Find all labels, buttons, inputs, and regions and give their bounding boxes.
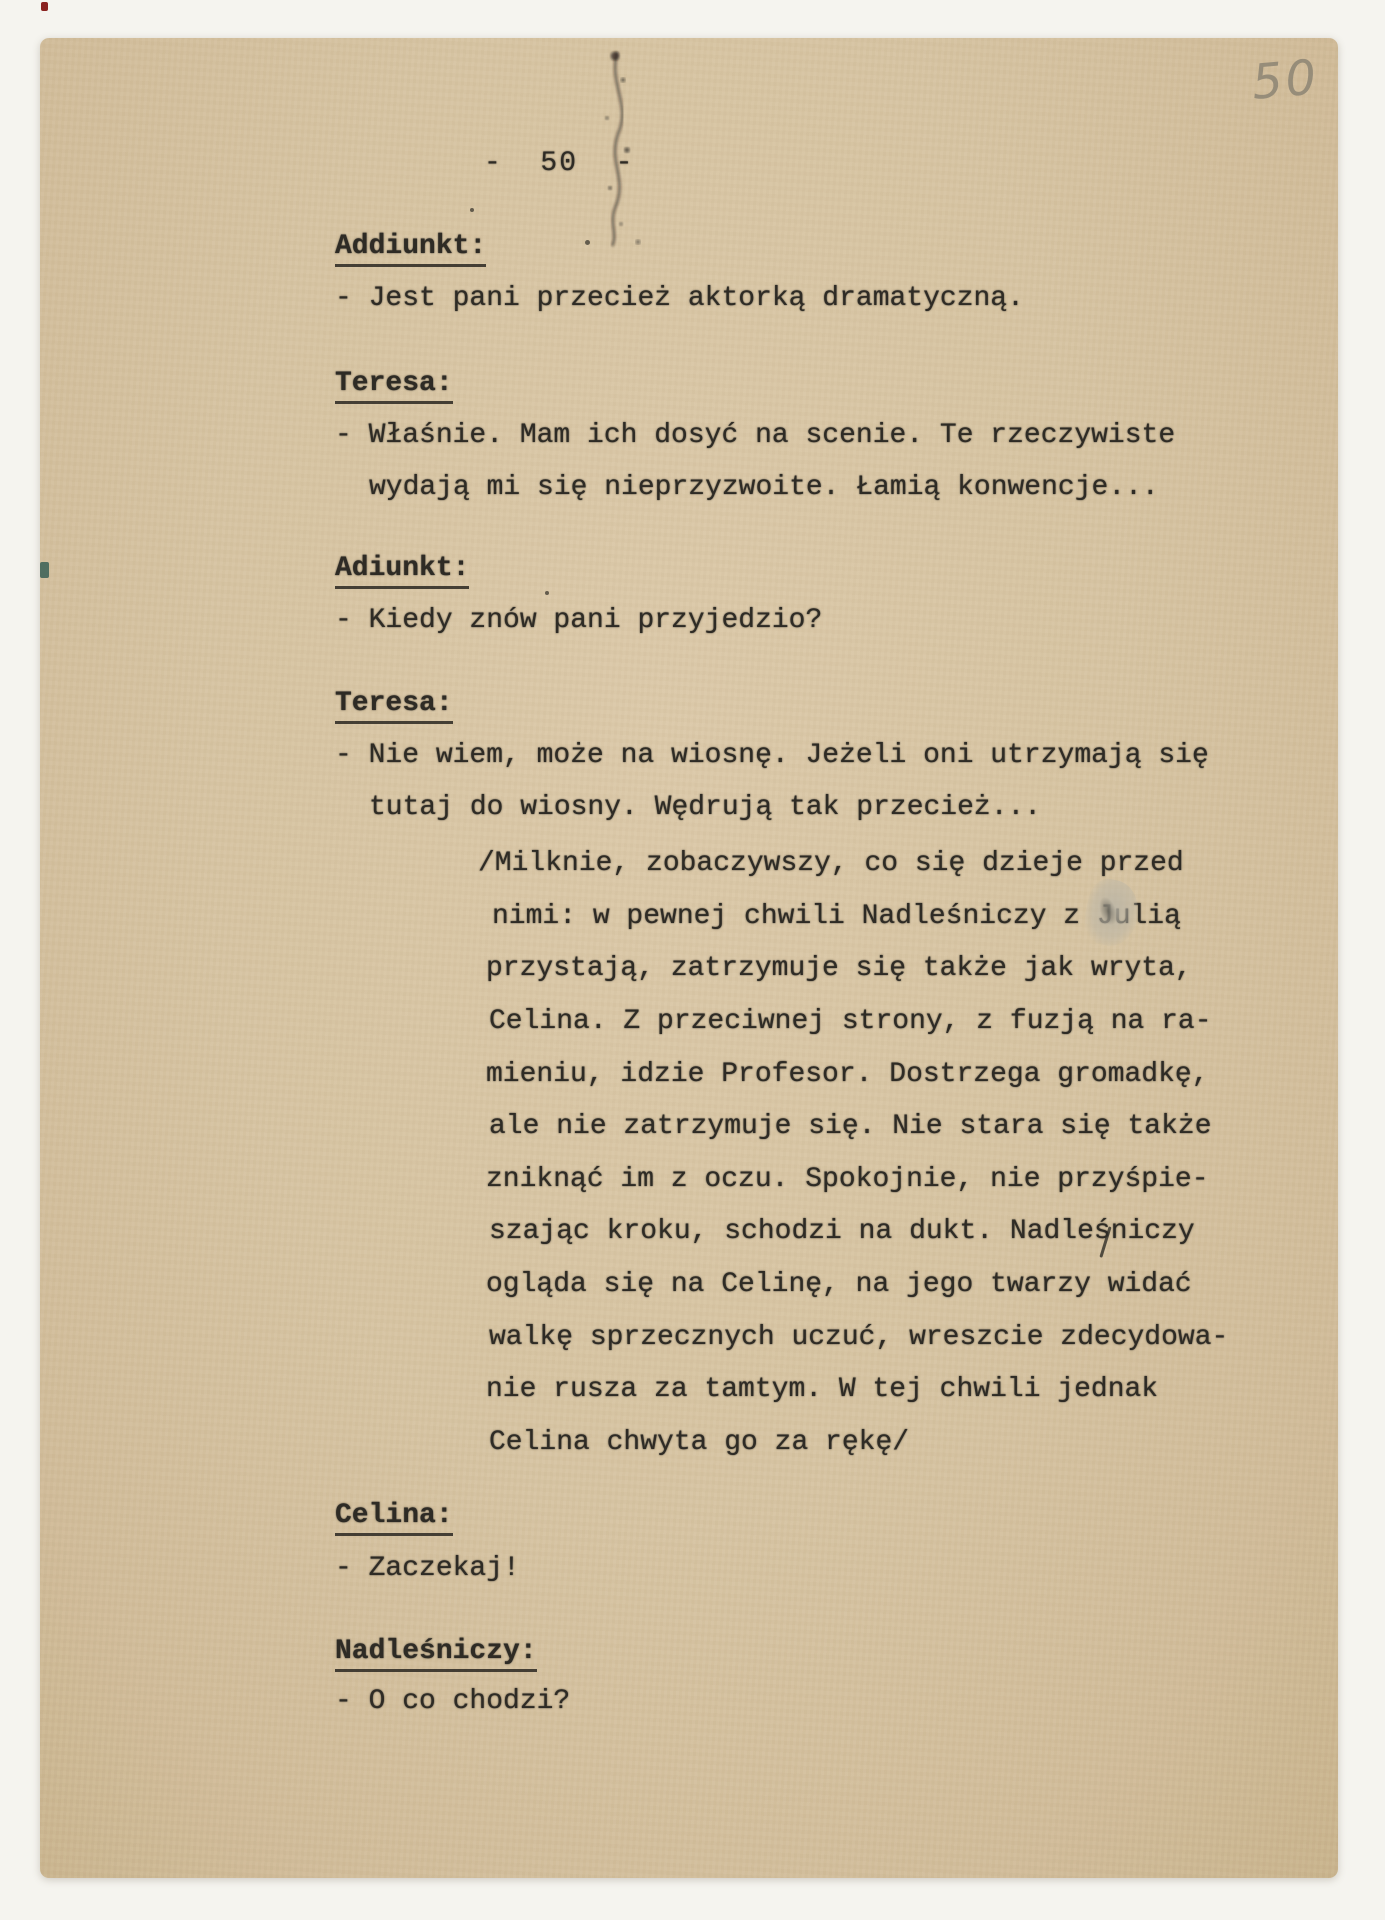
speaker-heading-nadlesniczy: Nadleśniczy:	[335, 1638, 537, 1672]
dialogue-line: - O co chodzi?	[335, 1688, 570, 1716]
stray-ink-dot	[585, 240, 590, 245]
scanned-document: { "page": { "typed_page_number": "- 50 -…	[0, 0, 1385, 1920]
stage-direction-line: Celina. Z przeciwnej strony, z fuzją na …	[489, 1008, 1212, 1036]
dialogue-line: - Jest pani przecież aktorką dramatyczną…	[335, 285, 1024, 313]
dialogue-line: wydają mi się nieprzyzwoite. Łamią konwe…	[369, 474, 1159, 502]
speaker-heading-teresa: Teresa:	[335, 370, 453, 404]
stage-direction-line: mieniu, idzie Profesor. Dostrzega gromad…	[486, 1061, 1209, 1089]
speaker-heading-addiunkt: Addiunkt:	[335, 233, 486, 267]
handwritten-page-number: 50	[1250, 49, 1322, 111]
dialogue-line: - Właśnie. Mam ich dosyć na scenie. Te r…	[335, 422, 1175, 450]
stage-direction-line: przystają, zatrzymuje się także jak wryt…	[486, 955, 1192, 983]
stage-direction-line: ale nie zatrzymuje się. Nie stara się ta…	[489, 1113, 1212, 1141]
stage-direction-line: nimi: w pewnej chwili Nadleśniczy z Juli…	[492, 903, 1181, 931]
stage-direction-line: Celina chwyta go za rękę/	[489, 1429, 909, 1457]
stage-direction-line: szając kroku, schodzi na dukt. Nadleśnic…	[489, 1218, 1195, 1246]
dialogue-line: tutaj do wiosny. Wędrują tak przecież...	[369, 794, 1041, 822]
speaker-heading-celina: Celina:	[335, 1502, 453, 1536]
page-number-typed: - 50 -	[484, 150, 634, 178]
stage-direction-line: /Milknie, zobaczywszy, co się dzieje prz…	[478, 850, 1184, 878]
dialogue-line: - Zaczekaj!	[335, 1555, 520, 1583]
edge-speck	[40, 562, 49, 578]
stray-ink-dot	[545, 591, 549, 595]
stage-direction-line: ogląda się na Celinę, na jego twarzy wid…	[486, 1271, 1192, 1299]
speaker-heading-adiunkt: Adiunkt:	[335, 555, 469, 589]
stage-direction-line: nie rusza za tamtym. W tej chwili jednak	[486, 1376, 1158, 1404]
typescript-page: - 50 - 50 Addiunkt: - Jest pani przecież…	[40, 38, 1338, 1878]
stray-ink-dot	[470, 208, 474, 212]
dialogue-line: - Nie wiem, może na wiosnę. Jeżeli oni u…	[335, 742, 1209, 770]
speaker-heading-teresa: Teresa:	[335, 690, 453, 724]
stage-direction-line: zniknąć im z oczu. Spokojnie, nie przyśp…	[486, 1166, 1209, 1194]
stage-direction-line: walkę sprzecznych uczuć, wreszcie zdecyd…	[489, 1324, 1228, 1352]
red-ink-speck	[41, 2, 48, 11]
dialogue-line: - Kiedy znów pani przyjedzio?	[335, 607, 822, 635]
